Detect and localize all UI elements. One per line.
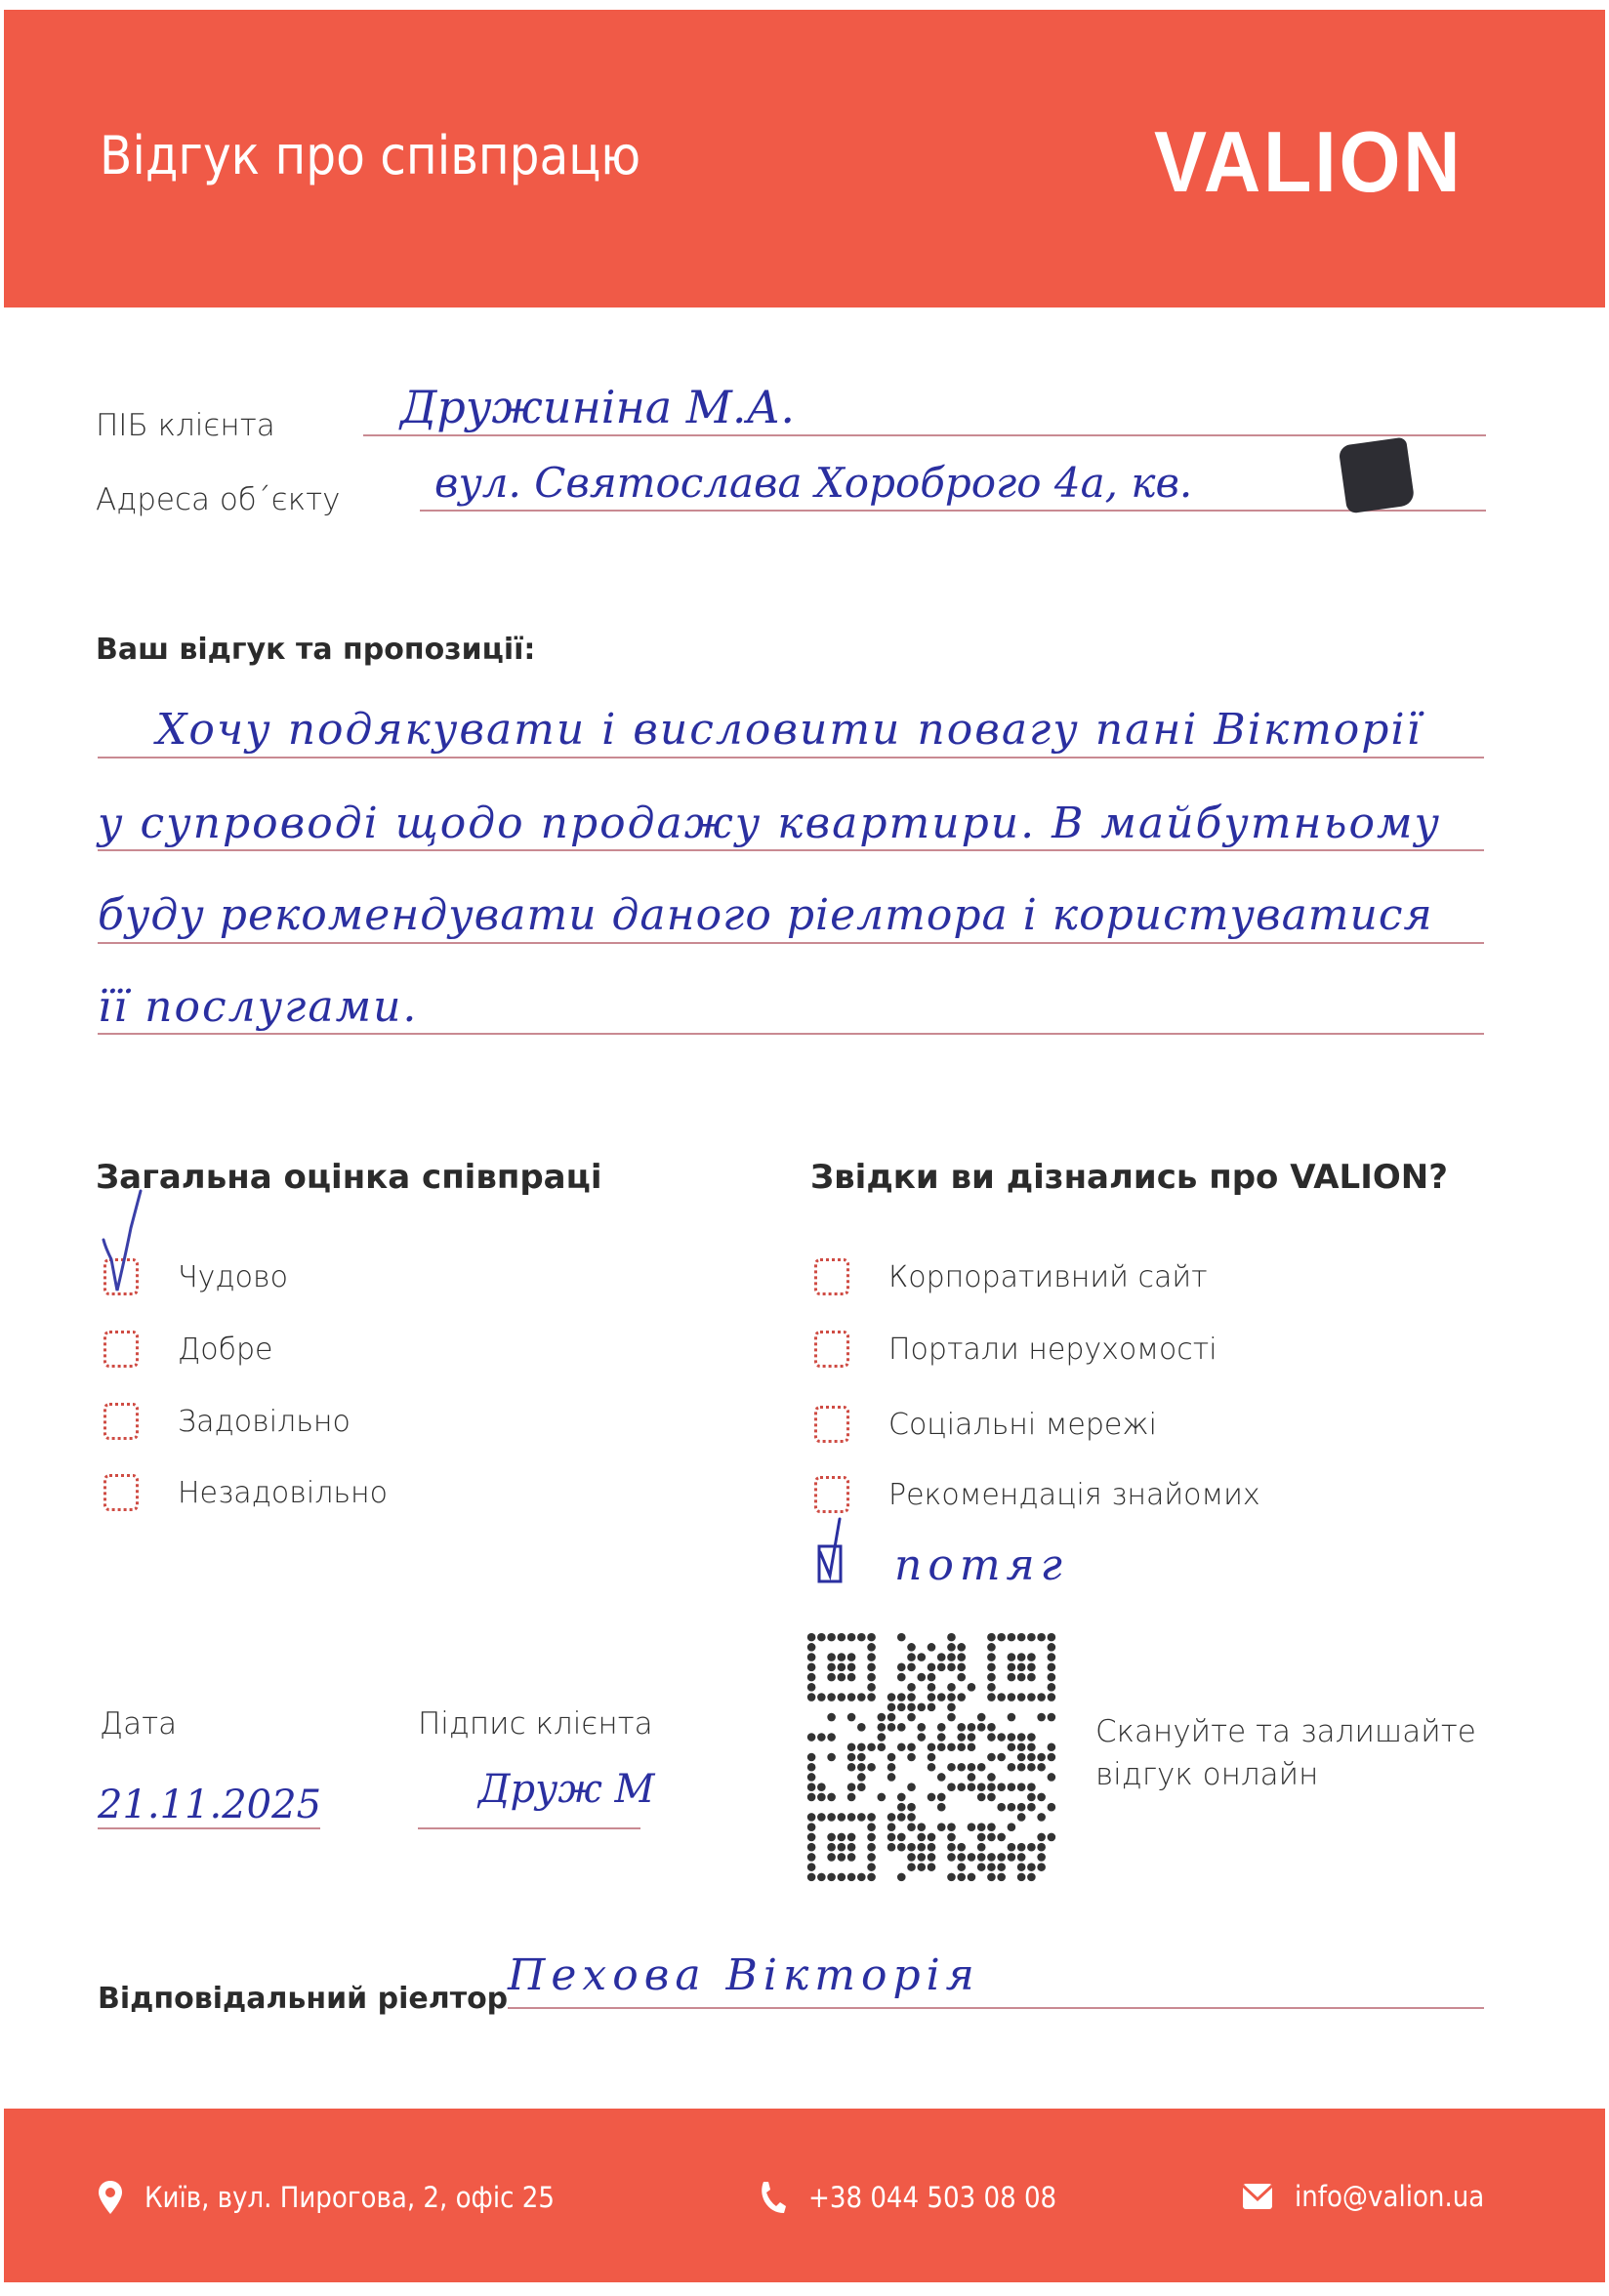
date-value[interactable]: 21.11.2025 <box>98 1783 321 1827</box>
rating-title: Загальна оцінка співпраці <box>96 1158 601 1197</box>
handwritten-checkbox-icon[interactable] <box>816 1513 865 1589</box>
handwritten-check-icon <box>98 1189 146 1296</box>
qr-caption: Скануйте та залишайте відгук онлайн <box>1095 1710 1476 1796</box>
header-banner: Відгук про співпрацю VALION <box>4 10 1605 307</box>
footer-banner: Київ, вул. Пирогова, 2, офіс 25 +38 044 … <box>4 2109 1605 2282</box>
envelope-icon <box>1242 2182 1273 2211</box>
date-label: Дата <box>100 1706 177 1742</box>
phone-icon <box>758 2180 787 2215</box>
realtor-name[interactable]: Пехова Вікторія <box>508 1950 980 2000</box>
qr-caption-line-1: Скануйте та залишайте <box>1095 1710 1476 1753</box>
checkbox[interactable] <box>814 1476 849 1513</box>
feedback-line-4 <box>98 1033 1484 1035</box>
client-name-label: ПІБ клієнта <box>96 408 275 443</box>
rating-option-satisfactory[interactable]: Задовільно <box>103 1403 351 1440</box>
realtor-label: Відповідальний ріелтор <box>98 1982 508 2016</box>
checkbox[interactable] <box>814 1331 849 1368</box>
source-option-social[interactable]: Соціальні мережі <box>814 1406 1157 1443</box>
checkbox[interactable] <box>103 1474 139 1511</box>
option-label: Рекомендація знайомих <box>888 1478 1260 1512</box>
phone-text[interactable]: +38 044 503 08 08 <box>808 2181 1056 2214</box>
realtor-line <box>508 2007 1484 2009</box>
checkbox[interactable] <box>814 1406 849 1443</box>
feedback-line-3 <box>98 942 1484 944</box>
option-label: Соціальні мережі <box>888 1408 1157 1442</box>
source-option-referral[interactable]: Рекомендація знайомих <box>814 1476 1260 1513</box>
email-text[interactable]: info@valion.ua <box>1295 2180 1484 2213</box>
feedback-text-line[interactable]: Хочу подякувати і висловити повагу пані … <box>156 705 1423 755</box>
source-title: Звідки ви дізнались про VALION? <box>810 1158 1448 1197</box>
address-label: Адреса об΄єкту <box>96 482 341 517</box>
checkbox[interactable] <box>103 1331 139 1368</box>
qr-code[interactable] <box>806 1632 1056 1882</box>
client-signature[interactable]: Друж М <box>478 1767 654 1812</box>
qr-caption-line-2: відгук онлайн <box>1095 1753 1476 1796</box>
signature-label: Підпис клієнта <box>418 1706 653 1742</box>
source-other-value[interactable]: потяг <box>894 1540 1068 1590</box>
checkbox[interactable] <box>103 1403 139 1440</box>
feedback-text-line[interactable]: її послугами. <box>98 982 418 1032</box>
map-pin-icon <box>98 2180 123 2215</box>
redaction-mark <box>1338 436 1415 513</box>
option-label: Задовільно <box>178 1405 351 1439</box>
footer-address: Київ, вул. Пирогова, 2, офіс 25 <box>98 2180 555 2215</box>
signature-line <box>418 1827 640 1829</box>
feedback-title: Ваш відгук та пропозиції: <box>96 633 535 667</box>
option-label: Портали нерухомості <box>888 1332 1217 1367</box>
feedback-form-page: Відгук про співпрацю VALION ПІБ клієнта … <box>0 0 1609 2296</box>
page-title: Відгук про співпрацю <box>100 125 640 186</box>
feedback-text-line[interactable]: буду рекомендувати даного ріелтора і кор… <box>98 890 1433 940</box>
address-line <box>420 510 1486 512</box>
source-option-website[interactable]: Корпоративний сайт <box>814 1258 1208 1295</box>
feedback-line-1 <box>98 757 1484 758</box>
option-label: Чудово <box>178 1260 288 1294</box>
valion-logo: VALION <box>1154 112 1463 212</box>
client-name-line <box>363 434 1486 436</box>
rating-option-unsatisfactory[interactable]: Незадовільно <box>103 1474 388 1511</box>
address-text: Київ, вул. Пирогова, 2, офіс 25 <box>144 2181 555 2214</box>
address-value[interactable]: вул. Святослава Хороброго 4а, кв. <box>434 459 1192 507</box>
footer-email[interactable]: info@valion.ua <box>1242 2180 1484 2213</box>
source-option-portals[interactable]: Портали нерухомості <box>814 1331 1217 1368</box>
client-name-value[interactable]: Дружиніна М.А. <box>400 381 795 433</box>
footer-phone[interactable]: +38 044 503 08 08 <box>758 2180 1056 2215</box>
option-label: Корпоративний сайт <box>888 1260 1208 1294</box>
option-label: Добре <box>178 1332 273 1367</box>
feedback-line-2 <box>98 849 1484 851</box>
option-label: Незадовільно <box>178 1476 388 1510</box>
rating-option-good[interactable]: Добре <box>103 1331 273 1368</box>
feedback-text-line[interactable]: у супроводі щодо продажу квартири. В май… <box>98 799 1441 848</box>
date-line <box>98 1827 320 1829</box>
checkbox[interactable] <box>814 1258 849 1295</box>
